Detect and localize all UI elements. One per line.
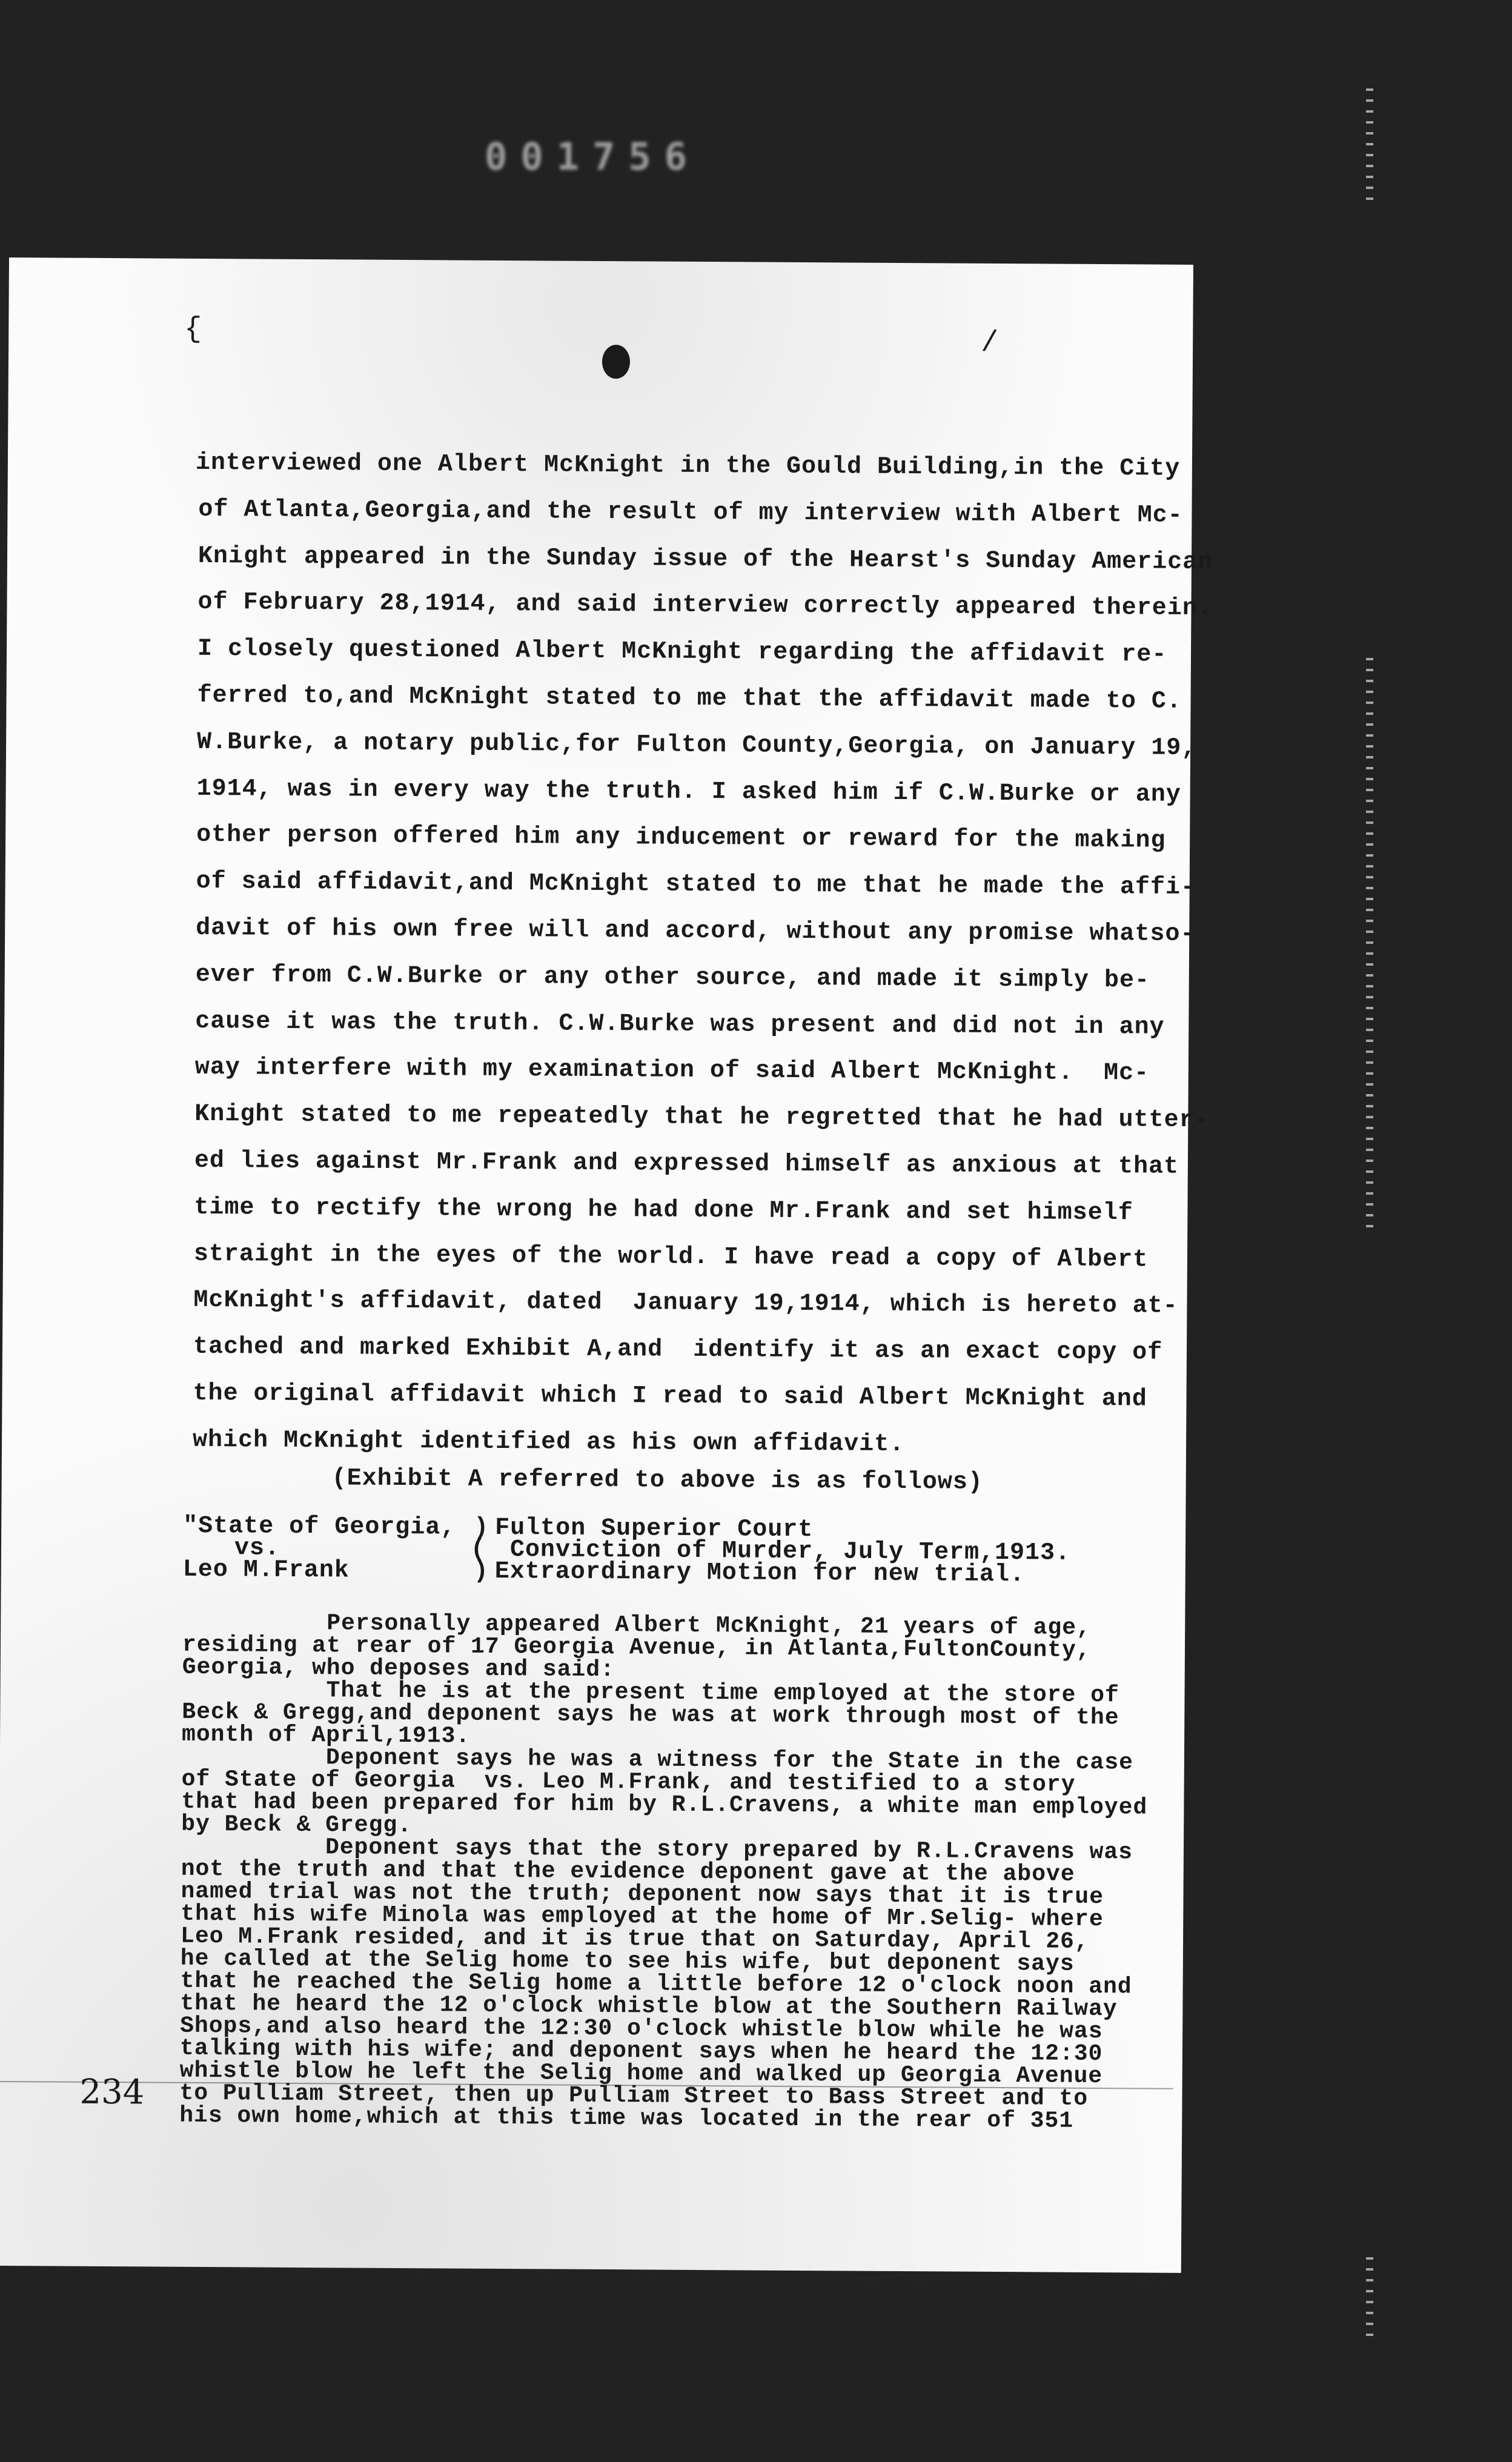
statement-line: ed lies against Mr.Frank and expressed h… [194, 1147, 1179, 1181]
statement-line: McKnight's affidavit, dated January 19,1… [193, 1287, 1178, 1320]
caption-plaintiff: "State of Georgia, [183, 1513, 456, 1542]
statement-line: way interfere with my examination of sai… [195, 1054, 1149, 1087]
statement-body: interviewed one Albert McKnight in the G… [9, 257, 1193, 265]
statement-line: W.Burke, a notary public,for Fulton Coun… [197, 729, 1197, 762]
statement-line: straight in the eyes of the world. I hav… [194, 1240, 1148, 1273]
statement-line: of said affidavit,and McKnight stated to… [196, 868, 1196, 901]
film-edge-perforation [1366, 85, 1373, 206]
statement-line: time to rectify the wrong he had done Mr… [194, 1194, 1133, 1227]
statement-line: of February 28,1914, and said interview … [197, 589, 1213, 622]
statement-line: ever from C.W.Burke or any other source,… [196, 961, 1150, 995]
page-number: 234 [79, 2072, 144, 2112]
statement-line: davit of his own free will and accord, w… [196, 915, 1196, 948]
affidavit-line: his own home,which at this time was loca… [179, 2103, 1073, 2134]
exhibit-heading: (Exhibit A referred to above is as follo… [332, 1465, 983, 1496]
caption-motion: Extraordinary Motion for new trial. [495, 1558, 1025, 1588]
film-edge-perforation [1366, 2254, 1373, 2344]
statement-line: other person offered him any inducement … [196, 821, 1165, 855]
statement-line: of Atlanta,Georgia,and the result of my … [198, 496, 1183, 529]
ruled-line [0, 2275, 1172, 2283]
document-page: { / interviewed one Albert McKnight in t… [0, 257, 1193, 2273]
ink-blot [602, 345, 630, 379]
statement-line: Knight stated to me repeatedly that he r… [194, 1101, 1210, 1134]
statement-line: the original affidavit which I read to s… [193, 1380, 1147, 1413]
statement-line: Knight appeared in the Sunday issue of t… [198, 543, 1213, 576]
margin-mark: { [184, 313, 202, 346]
statement-line: ferred to,and McKnight stated to me that… [197, 682, 1182, 715]
statement-line: 1914, was in every way the truth. I aske… [197, 775, 1182, 809]
caption-defendant: Leo M.Frank [183, 1556, 350, 1585]
case-caption: "State of Georgia, vs. Leo M.Frank ) ( )… [9, 257, 1193, 265]
statement-line: interviewed one Albert McKnight in the G… [196, 450, 1181, 483]
statement-line: tached and marked Exhibit A,and identify… [193, 1333, 1162, 1367]
margin-mark: / [981, 327, 998, 360]
statement-line: which McKnight identified as his own aff… [193, 1427, 904, 1458]
statement-line: cause it was the truth. C.W.Burke was pr… [195, 1007, 1164, 1041]
film-edge-perforation [1366, 654, 1373, 1230]
caption-brace: ) [474, 1558, 488, 1585]
affidavit-body: Personally appeared Albert McKnight, 21 … [9, 257, 1193, 265]
microfilm-frame-number: 001756 [485, 134, 700, 179]
statement-line: I closely questioned Albert McKnight reg… [197, 635, 1167, 669]
